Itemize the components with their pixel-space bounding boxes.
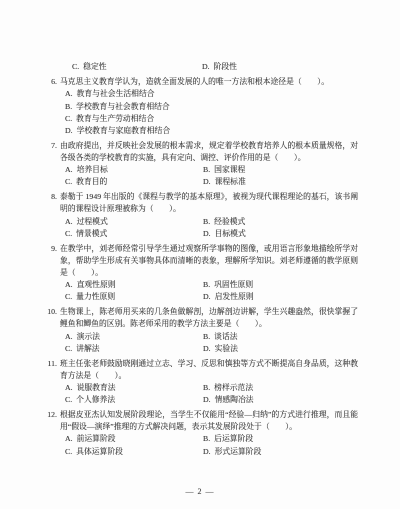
question-list: C.稳定性D.阶段性6.马克思主义教育学认为，造就全面发展的人的唯一方法和根本途… xyxy=(44,61,358,458)
option-letter: A. xyxy=(65,89,73,98)
option-text: 学校教育与社会教育相结合 xyxy=(76,102,170,111)
option-text: 培养目标 xyxy=(77,165,108,174)
option-text: 个人修养法 xyxy=(76,395,115,404)
question-number: 7. xyxy=(44,140,57,164)
options-group: A.直观性原则B.巩固性原则C.量力性原则D.启发性原则 xyxy=(65,279,358,303)
option-text: 课程标准 xyxy=(215,177,246,186)
option-letter: B. xyxy=(203,434,210,443)
option-text: 具体运算阶段 xyxy=(76,447,123,456)
option-letter: C. xyxy=(65,395,72,404)
answer-option: A.直观性原则 xyxy=(65,279,203,291)
exam-page: C.稳定性D.阶段性6.马克思主义教育学认为，造就全面发展的人的唯一方法和根本途… xyxy=(0,0,400,509)
question-stem-row: 11.班主任张老师鼓励晓刚通过立志、学习、反思和慎独等方式不断提高自身品质，这种… xyxy=(44,358,358,382)
question-stem-row: 9.在教学中，刘老师经常引导学生通过观察所学事物的图像，或用语言形象地描绘所学对… xyxy=(44,243,358,280)
option-text: 实验法 xyxy=(215,344,238,353)
question-stem: 由政府提出，并反映社会发展的根本需求，规定着学校教育培养人的根本质量规格，对各级… xyxy=(60,140,358,164)
question: 9.在教学中，刘老师经常引导学生通过观察所学事物的图像，或用语言形象地描绘所学对… xyxy=(44,243,358,304)
option-letter: C. xyxy=(65,229,72,238)
option-letter: C. xyxy=(72,62,79,71)
answer-option: B.榜样示范法 xyxy=(203,382,358,394)
answer-option: C.教育与生产劳动相结合 xyxy=(65,113,358,125)
option-text: 直观性原则 xyxy=(77,280,116,289)
answer-option: B.国家课程 xyxy=(203,164,358,176)
option-letter: D. xyxy=(202,62,210,71)
question-number: 8. xyxy=(44,191,57,215)
question-stem-row: 7.由政府提出，并反映社会发展的根本需求，规定着学校教育培养人的根本质量规格，对… xyxy=(44,140,358,164)
answer-option: D.学校教育与家庭教育相结合 xyxy=(65,125,358,137)
option-text: 榜样示范法 xyxy=(214,383,253,392)
question-stem: 泰勒于 1949 年出版的《课程与教学的基本原理》，被视为现代课程理论的基石，该… xyxy=(60,191,358,215)
question-number: 10. xyxy=(44,306,57,330)
question-stem-row: 10.生物课上，陈老师用买来的几条鱼做解剖，边解剖边讲解，学生兴趣盎然，很快掌握… xyxy=(44,306,358,330)
option-letter: C. xyxy=(65,177,72,186)
answer-option: A.教育与社会生活相结合 xyxy=(65,88,358,100)
question: 11.班主任张老师鼓励晓刚通过立志、学习、反思和慎独等方式不断提高自身品质，这种… xyxy=(44,358,358,407)
answer-option: A.培养目标 xyxy=(65,164,203,176)
option-text: 过程模式 xyxy=(77,217,108,226)
options-group: A.前运算阶段B.后运算阶段C.具体运算阶段D.形式运算阶段 xyxy=(65,433,358,457)
option-text: 情景模式 xyxy=(76,229,107,238)
option-letter: C. xyxy=(65,114,72,123)
options-group: A.教育与社会生活相结合B.学校教育与社会教育相结合C.教育与生产劳动相结合D.… xyxy=(65,88,358,137)
option-letter: D. xyxy=(203,395,211,404)
question: 8.泰勒于 1949 年出版的《课程与教学的基本原理》，被视为现代课程理论的基石… xyxy=(44,191,358,240)
option-letter: D. xyxy=(203,229,211,238)
question-number: 12. xyxy=(44,409,57,433)
option-text: 形式运算阶段 xyxy=(215,447,262,456)
question: 7.由政府提出，并反映社会发展的根本需求，规定着学校教育培养人的根本质量规格，对… xyxy=(44,140,358,189)
option-letter: D. xyxy=(203,344,211,353)
answer-option: D.形式运算阶段 xyxy=(203,446,358,458)
option-letter: A. xyxy=(65,332,73,341)
option-text: 前运算阶段 xyxy=(77,434,116,443)
option-letter: A. xyxy=(65,165,73,174)
answer-option: B.谈话法 xyxy=(203,331,358,343)
option-letter: A. xyxy=(65,217,73,226)
option-letter: B. xyxy=(203,332,210,341)
question: 12.根据皮亚杰认知发展阶段理论，当学生不仅能用“经验—归纳”的方式进行推理，而… xyxy=(44,409,358,458)
option-text: 启发性原则 xyxy=(215,292,254,301)
option-letter: B. xyxy=(65,102,72,111)
option-letter: B. xyxy=(203,383,210,392)
question-stem: 马克思主义教育学认为，造就全面发展的人的唯一方法和根本途径是（ ）。 xyxy=(60,76,358,88)
option-text: 教育目的 xyxy=(76,177,107,186)
answer-option: C.量力性原则 xyxy=(65,291,203,303)
option-letter: D. xyxy=(203,177,211,186)
option-letter: C. xyxy=(65,344,72,353)
question-stem: 班主任张老师鼓励晓刚通过立志、学习、反思和慎独等方式不断提高自身品质，这种教育方… xyxy=(60,358,358,382)
option-letter: C. xyxy=(65,447,72,456)
answer-option: C.个人修养法 xyxy=(65,394,203,406)
answer-option: D.课程标准 xyxy=(203,176,358,188)
answer-option: A.前运算阶段 xyxy=(65,433,203,445)
option-text: 稳定性 xyxy=(83,62,106,71)
option-text: 目标模式 xyxy=(215,229,246,238)
answer-option: D.阶段性 xyxy=(202,61,358,73)
question-stem-row: 8.泰勒于 1949 年出版的《课程与教学的基本原理》，被视为现代课程理论的基石… xyxy=(44,191,358,215)
options-group: A.过程模式B.经验模式C.情景模式D.目标模式 xyxy=(65,216,358,240)
option-text: 学校教育与家庭教育相结合 xyxy=(77,126,171,135)
question-number: 9. xyxy=(44,243,57,280)
answer-option: D.实验法 xyxy=(203,343,358,355)
option-text: 谈话法 xyxy=(214,332,237,341)
answer-option: C.情景模式 xyxy=(65,228,203,240)
option-text: 演示法 xyxy=(77,332,100,341)
question: 10.生物课上，陈老师用买来的几条鱼做解剖，边解剖边讲解，学生兴趣盎然，很快掌握… xyxy=(44,306,358,355)
options-group: A.说服教育法B.榜样示范法C.个人修养法D.情感陶冶法 xyxy=(65,382,358,406)
option-text: 讲解法 xyxy=(76,344,99,353)
question-number: 11. xyxy=(44,358,57,382)
option-text: 巩固性原则 xyxy=(214,280,253,289)
option-letter: A. xyxy=(65,383,73,392)
options-group: A.培养目标B.国家课程C.教育目的D.课程标准 xyxy=(65,164,358,188)
question-stem: 根据皮亚杰认知发展阶段理论，当学生不仅能用“经验—归纳”的方式进行推理，而且能用… xyxy=(60,409,358,433)
answer-option: D.启发性原则 xyxy=(203,291,358,303)
question: 6.马克思主义教育学认为，造就全面发展的人的唯一方法和根本途径是（ ）。A.教育… xyxy=(44,76,358,137)
option-text: 情感陶冶法 xyxy=(215,395,254,404)
option-letter: A. xyxy=(65,280,73,289)
options-group: A.演示法B.谈话法C.讲解法D.实验法 xyxy=(65,331,358,355)
answer-option: C.稳定性 xyxy=(72,61,202,73)
carryover-options-row: C.稳定性D.阶段性 xyxy=(72,61,358,73)
question-number: 6. xyxy=(44,76,57,88)
answer-option: B.学校教育与社会教育相结合 xyxy=(65,101,358,113)
option-text: 教育与社会生活相结合 xyxy=(77,89,155,98)
answer-option: A.演示法 xyxy=(65,331,203,343)
page-number: — 2 — xyxy=(0,487,400,496)
option-letter: A. xyxy=(65,434,73,443)
option-text: 经验模式 xyxy=(214,217,245,226)
option-letter: D. xyxy=(203,292,211,301)
answer-option: D.情感陶冶法 xyxy=(203,394,358,406)
option-text: 后运算阶段 xyxy=(214,434,253,443)
answer-option: C.具体运算阶段 xyxy=(65,446,203,458)
answer-option: D.目标模式 xyxy=(203,228,358,240)
option-text: 教育与生产劳动相结合 xyxy=(76,114,154,123)
answer-option: A.过程模式 xyxy=(65,216,203,228)
answer-option: B.经验模式 xyxy=(203,216,358,228)
option-letter: D. xyxy=(203,447,211,456)
option-text: 量力性原则 xyxy=(76,292,115,301)
option-text: 说服教育法 xyxy=(77,383,116,392)
option-text: 阶段性 xyxy=(214,62,237,71)
question-stem: 在教学中，刘老师经常引导学生通过观察所学事物的图像，或用语言形象地描绘所学对象，… xyxy=(60,243,358,280)
answer-option: C.讲解法 xyxy=(65,343,203,355)
option-letter: B. xyxy=(203,165,210,174)
answer-option: C.教育目的 xyxy=(65,176,203,188)
answer-option: B.巩固性原则 xyxy=(203,279,358,291)
option-letter: B. xyxy=(203,280,210,289)
answer-option: A.说服教育法 xyxy=(65,382,203,394)
option-text: 国家课程 xyxy=(214,165,245,174)
option-letter: D. xyxy=(65,126,73,135)
option-letter: C. xyxy=(65,292,72,301)
question-stem-row: 6.马克思主义教育学认为，造就全面发展的人的唯一方法和根本途径是（ ）。 xyxy=(44,76,358,88)
question-stem: 生物课上，陈老师用买来的几条鱼做解剖，边解剖边讲解，学生兴趣盎然，很快掌握了鲤鱼… xyxy=(60,306,358,330)
option-letter: B. xyxy=(203,217,210,226)
question-stem-row: 12.根据皮亚杰认知发展阶段理论，当学生不仅能用“经验—归纳”的方式进行推理，而… xyxy=(44,409,358,433)
answer-option: B.后运算阶段 xyxy=(203,433,358,445)
